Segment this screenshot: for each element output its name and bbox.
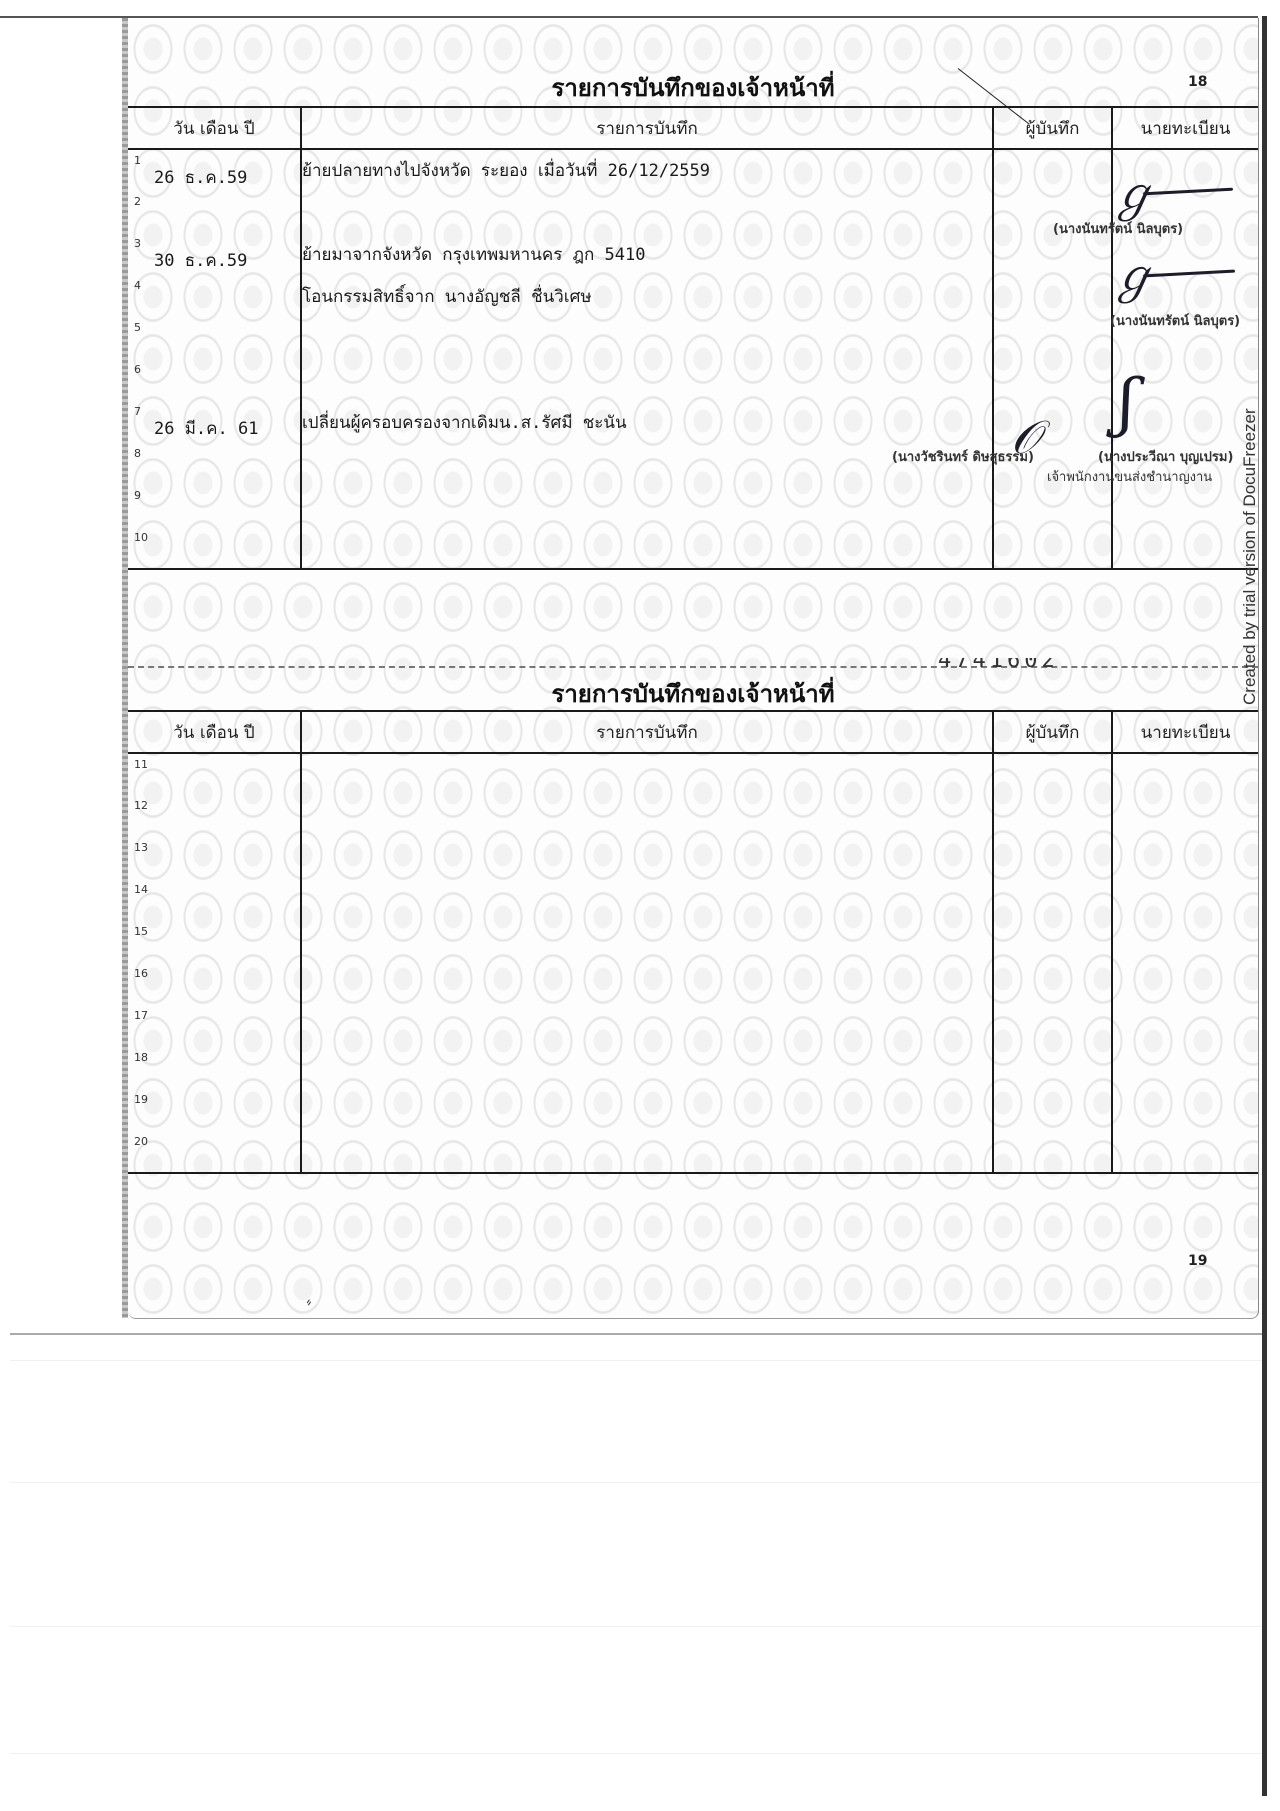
date-cell: 10	[128, 527, 301, 569]
trial-watermark: Created by trial version of DocuFreezer	[1240, 408, 1260, 705]
recorder-cell	[993, 485, 1112, 527]
entry-text	[301, 485, 993, 527]
date-cell: 726 มี.ค. 61	[128, 401, 301, 443]
line-number: 16	[134, 967, 148, 980]
recorder-cell	[993, 317, 1112, 359]
table-row: 6	[128, 359, 1258, 401]
entry-text	[301, 527, 993, 569]
signature-name-2: (นางนันทรัตน์ นิลบุตร)	[1110, 310, 1240, 331]
date-cell: 19	[128, 1089, 301, 1131]
line-number: 6	[134, 363, 141, 376]
ink-smudge: ⸗	[302, 1293, 315, 1310]
table-row: 14	[128, 879, 1258, 921]
entry-date: 26 มี.ค. 61	[154, 415, 258, 442]
recorder-cell	[993, 149, 1112, 191]
line-number: 10	[134, 531, 148, 544]
faint-scan-line	[10, 1626, 1262, 1627]
signature-name-3: (นางวัชรินทร์ ดิษสุธรรม)	[892, 446, 1034, 467]
column-header-entry: รายการบันทึก	[301, 711, 993, 753]
line-number: 5	[134, 321, 141, 334]
date-cell: 6	[128, 359, 301, 401]
registrar-cell	[1112, 527, 1258, 569]
table-row: 126 ธ.ค.59ย้ายปลายทางไปจังหวัด ระยอง เมื…	[128, 149, 1258, 191]
recorder-cell	[993, 963, 1112, 1005]
registrar-cell	[1112, 1089, 1258, 1131]
registrar-cell	[1112, 921, 1258, 963]
date-cell: 12	[128, 795, 301, 837]
entry-text	[301, 753, 993, 795]
entry-text: ย้ายมาจากจังหวัด กรุงเทพมหานคร ฎก 5410	[301, 233, 993, 275]
table-row: 9	[128, 485, 1258, 527]
registrar-signature-4: ʃ	[1118, 366, 1135, 440]
line-number: 1	[134, 154, 141, 167]
line-number: 20	[134, 1135, 148, 1148]
date-cell: 14	[128, 879, 301, 921]
date-cell: 18	[128, 1047, 301, 1089]
registrar-cell	[1112, 753, 1258, 795]
line-number: 19	[134, 1093, 148, 1106]
date-cell: 9	[128, 485, 301, 527]
registration-book-page: รายการบันทึกของเจ้าหน้าที่ 18 วัน เดือน …	[128, 18, 1259, 1319]
column-header-entry: รายการบันทึก	[301, 107, 993, 149]
faint-scan-line	[10, 1482, 1262, 1483]
line-number: 17	[134, 1009, 148, 1022]
registrar-cell	[1112, 1047, 1258, 1089]
entry-text	[301, 191, 993, 233]
entry-text	[301, 963, 993, 1005]
recorder-cell	[993, 359, 1112, 401]
table-row: 12	[128, 795, 1258, 837]
column-header-recorder: ผู้บันทึก	[993, 711, 1112, 753]
signature-name-1: (นางนันทรัตน์ นิลบุตร)	[1053, 218, 1183, 239]
registrar-signature-2: ℊ	[1110, 240, 1156, 306]
entry-text	[301, 879, 993, 921]
table-row: 20	[128, 1131, 1258, 1173]
scan-page-fold-line	[10, 1333, 1262, 1335]
table-row: 17	[128, 1005, 1258, 1047]
table-row: 16	[128, 963, 1258, 1005]
entry-text	[301, 921, 993, 963]
page-number-top: 18	[1188, 74, 1207, 90]
entry-text	[301, 1047, 993, 1089]
line-number: 11	[134, 758, 148, 771]
entry-date: 30 ธ.ค.59	[154, 247, 247, 274]
faint-scan-line	[10, 1360, 1262, 1361]
perforation-line	[128, 666, 1258, 668]
table-row: 19	[128, 1089, 1258, 1131]
line-number: 8	[134, 447, 141, 460]
date-cell: 2	[128, 191, 301, 233]
recorder-cell	[993, 753, 1112, 795]
entry-text	[301, 443, 993, 485]
line-number: 15	[134, 925, 148, 938]
recorder-cell	[993, 795, 1112, 837]
column-header-date: วัน เดือน ปี	[128, 711, 301, 753]
recorder-cell	[993, 233, 1112, 275]
recorder-cell	[993, 1089, 1112, 1131]
signature-name-4: (นางประวีณา บุญเปรม)	[1098, 446, 1233, 467]
date-cell: 4	[128, 275, 301, 317]
table-row: 10	[128, 527, 1258, 569]
recorder-cell	[993, 1131, 1112, 1173]
column-header-registrar: นายทะเบียน	[1112, 107, 1258, 149]
entry-text: ย้ายปลายทางไปจังหวัด ระยอง เมื่อวันที่ 2…	[301, 149, 993, 191]
entry-text	[301, 359, 993, 401]
registrar-cell	[1112, 1131, 1258, 1173]
column-header-date: วัน เดือน ปี	[128, 107, 301, 149]
line-number: 3	[134, 237, 141, 250]
date-cell: 11	[128, 753, 301, 795]
entry-text	[301, 837, 993, 879]
recorder-cell	[993, 527, 1112, 569]
recorder-cell	[993, 921, 1112, 963]
entry-text	[301, 317, 993, 359]
date-cell: 330 ธ.ค.59	[128, 233, 301, 275]
line-number: 7	[134, 405, 141, 418]
recorder-cell	[993, 1005, 1112, 1047]
signature-title-4: เจ้าพนักงานขนส่งชำนาญงาน	[1047, 466, 1212, 487]
entry-text: เปลี่ยนผู้ครอบครองจากเดิมน.ส.รัศมี ชะนัน	[301, 401, 993, 443]
recorder-cell	[993, 837, 1112, 879]
entry-date: 26 ธ.ค.59	[154, 164, 247, 191]
date-cell: 17	[128, 1005, 301, 1047]
line-number: 9	[134, 489, 141, 502]
registrar-cell	[1112, 795, 1258, 837]
section-title-top: รายการบันทึกของเจ้าหน้าที่	[128, 68, 1258, 107]
registrar-cell	[1112, 485, 1258, 527]
entry-text	[301, 795, 993, 837]
section-title-bottom: รายการบันทึกของเจ้าหน้าที่	[128, 674, 1258, 713]
faint-scan-line	[10, 1753, 1262, 1754]
entry-text	[301, 1131, 993, 1173]
table-row: 11	[128, 753, 1258, 795]
date-cell: 20	[128, 1131, 301, 1173]
recorder-cell	[993, 275, 1112, 317]
column-header-recorder: ผู้บันทึก	[993, 107, 1112, 149]
entry-text	[301, 1005, 993, 1047]
registrar-cell	[1112, 879, 1258, 921]
entry-text	[301, 1089, 993, 1131]
table-row: 5	[128, 317, 1258, 359]
registrar-cell	[1112, 1005, 1258, 1047]
table-row: 18	[128, 1047, 1258, 1089]
registrar-cell	[1112, 963, 1258, 1005]
table-row: 15	[128, 921, 1258, 963]
line-number: 4	[134, 279, 141, 292]
entry-text: โอนกรรมสิทธิ์จาก นางอัญชลี ชื่นวิเศษ	[301, 275, 993, 317]
table-row: 726 มี.ค. 61เปลี่ยนผู้ครอบครองจากเดิมน.ส…	[128, 401, 1258, 443]
table-row: 4โอนกรรมสิทธิ์จาก นางอัญชลี ชื่นวิเศษ	[128, 275, 1258, 317]
date-cell: 13	[128, 837, 301, 879]
column-header-registrar: นายทะเบียน	[1112, 711, 1258, 753]
serial-number: 4741602	[938, 648, 1059, 673]
recorder-cell	[993, 879, 1112, 921]
line-number: 13	[134, 841, 148, 854]
date-cell: 15	[128, 921, 301, 963]
line-number: 18	[134, 1051, 148, 1064]
line-number: 14	[134, 883, 148, 896]
line-number: 12	[134, 799, 148, 812]
officer-log-table-bottom: วัน เดือน ปี รายการบันทึก ผู้บันทึก นายท…	[128, 710, 1258, 1174]
date-cell: 5	[128, 317, 301, 359]
table-row: 330 ธ.ค.59ย้ายมาจากจังหวัด กรุงเทพมหานคร…	[128, 233, 1258, 275]
date-cell: 126 ธ.ค.59	[128, 149, 301, 191]
line-number: 2	[134, 195, 141, 208]
date-cell: 16	[128, 963, 301, 1005]
page-number-bottom: 19	[1188, 1253, 1207, 1269]
officer-log-table-top: วัน เดือน ปี รายการบันทึก ผู้บันทึก นายท…	[128, 106, 1258, 570]
registrar-cell	[1112, 837, 1258, 879]
date-cell: 8	[128, 443, 301, 485]
scan-right-edge	[1262, 16, 1267, 1796]
table-row: 13	[128, 837, 1258, 879]
recorder-cell	[993, 1047, 1112, 1089]
